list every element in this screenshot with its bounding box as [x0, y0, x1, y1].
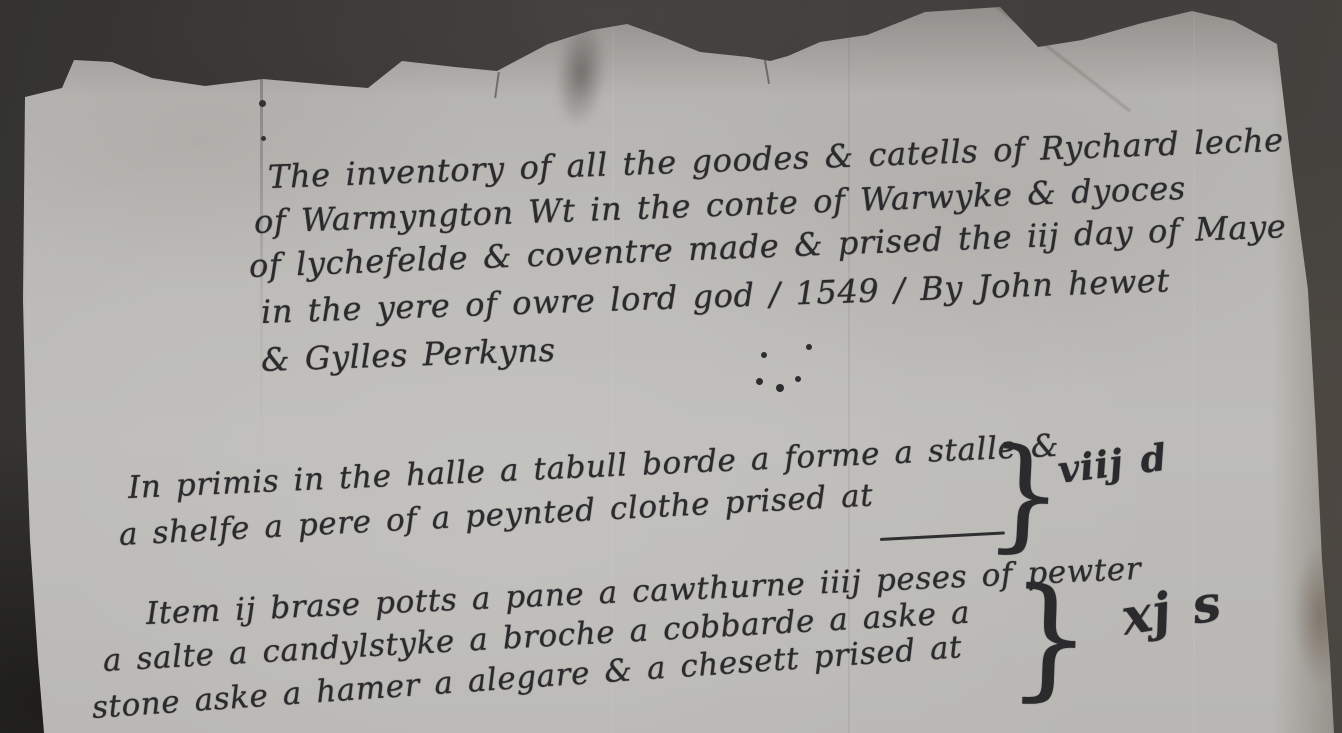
title-line-5: & Gylles Perkyns: [260, 331, 556, 379]
paper-crack: [764, 60, 770, 84]
paper-left-edge-shadow: [0, 90, 26, 733]
paper-top-edge-shadow: [0, 0, 1342, 120]
ink-spot: [261, 136, 266, 141]
top-right-fold-line: [991, 2, 1131, 112]
top-edge-smudge-stain: [550, 16, 611, 131]
right-edge-stain: [1293, 545, 1342, 685]
price-brace: }: [1006, 581, 1094, 696]
entry1-price: viij d: [1055, 435, 1169, 492]
paper-crack: [494, 72, 500, 98]
manuscript-paper: The inventory of all the goodes & catell…: [0, 0, 1342, 733]
price-brace: }: [983, 441, 1066, 549]
photo-stage: The inventory of all the goodes & catell…: [0, 0, 1342, 733]
ink-spot: [259, 100, 266, 107]
